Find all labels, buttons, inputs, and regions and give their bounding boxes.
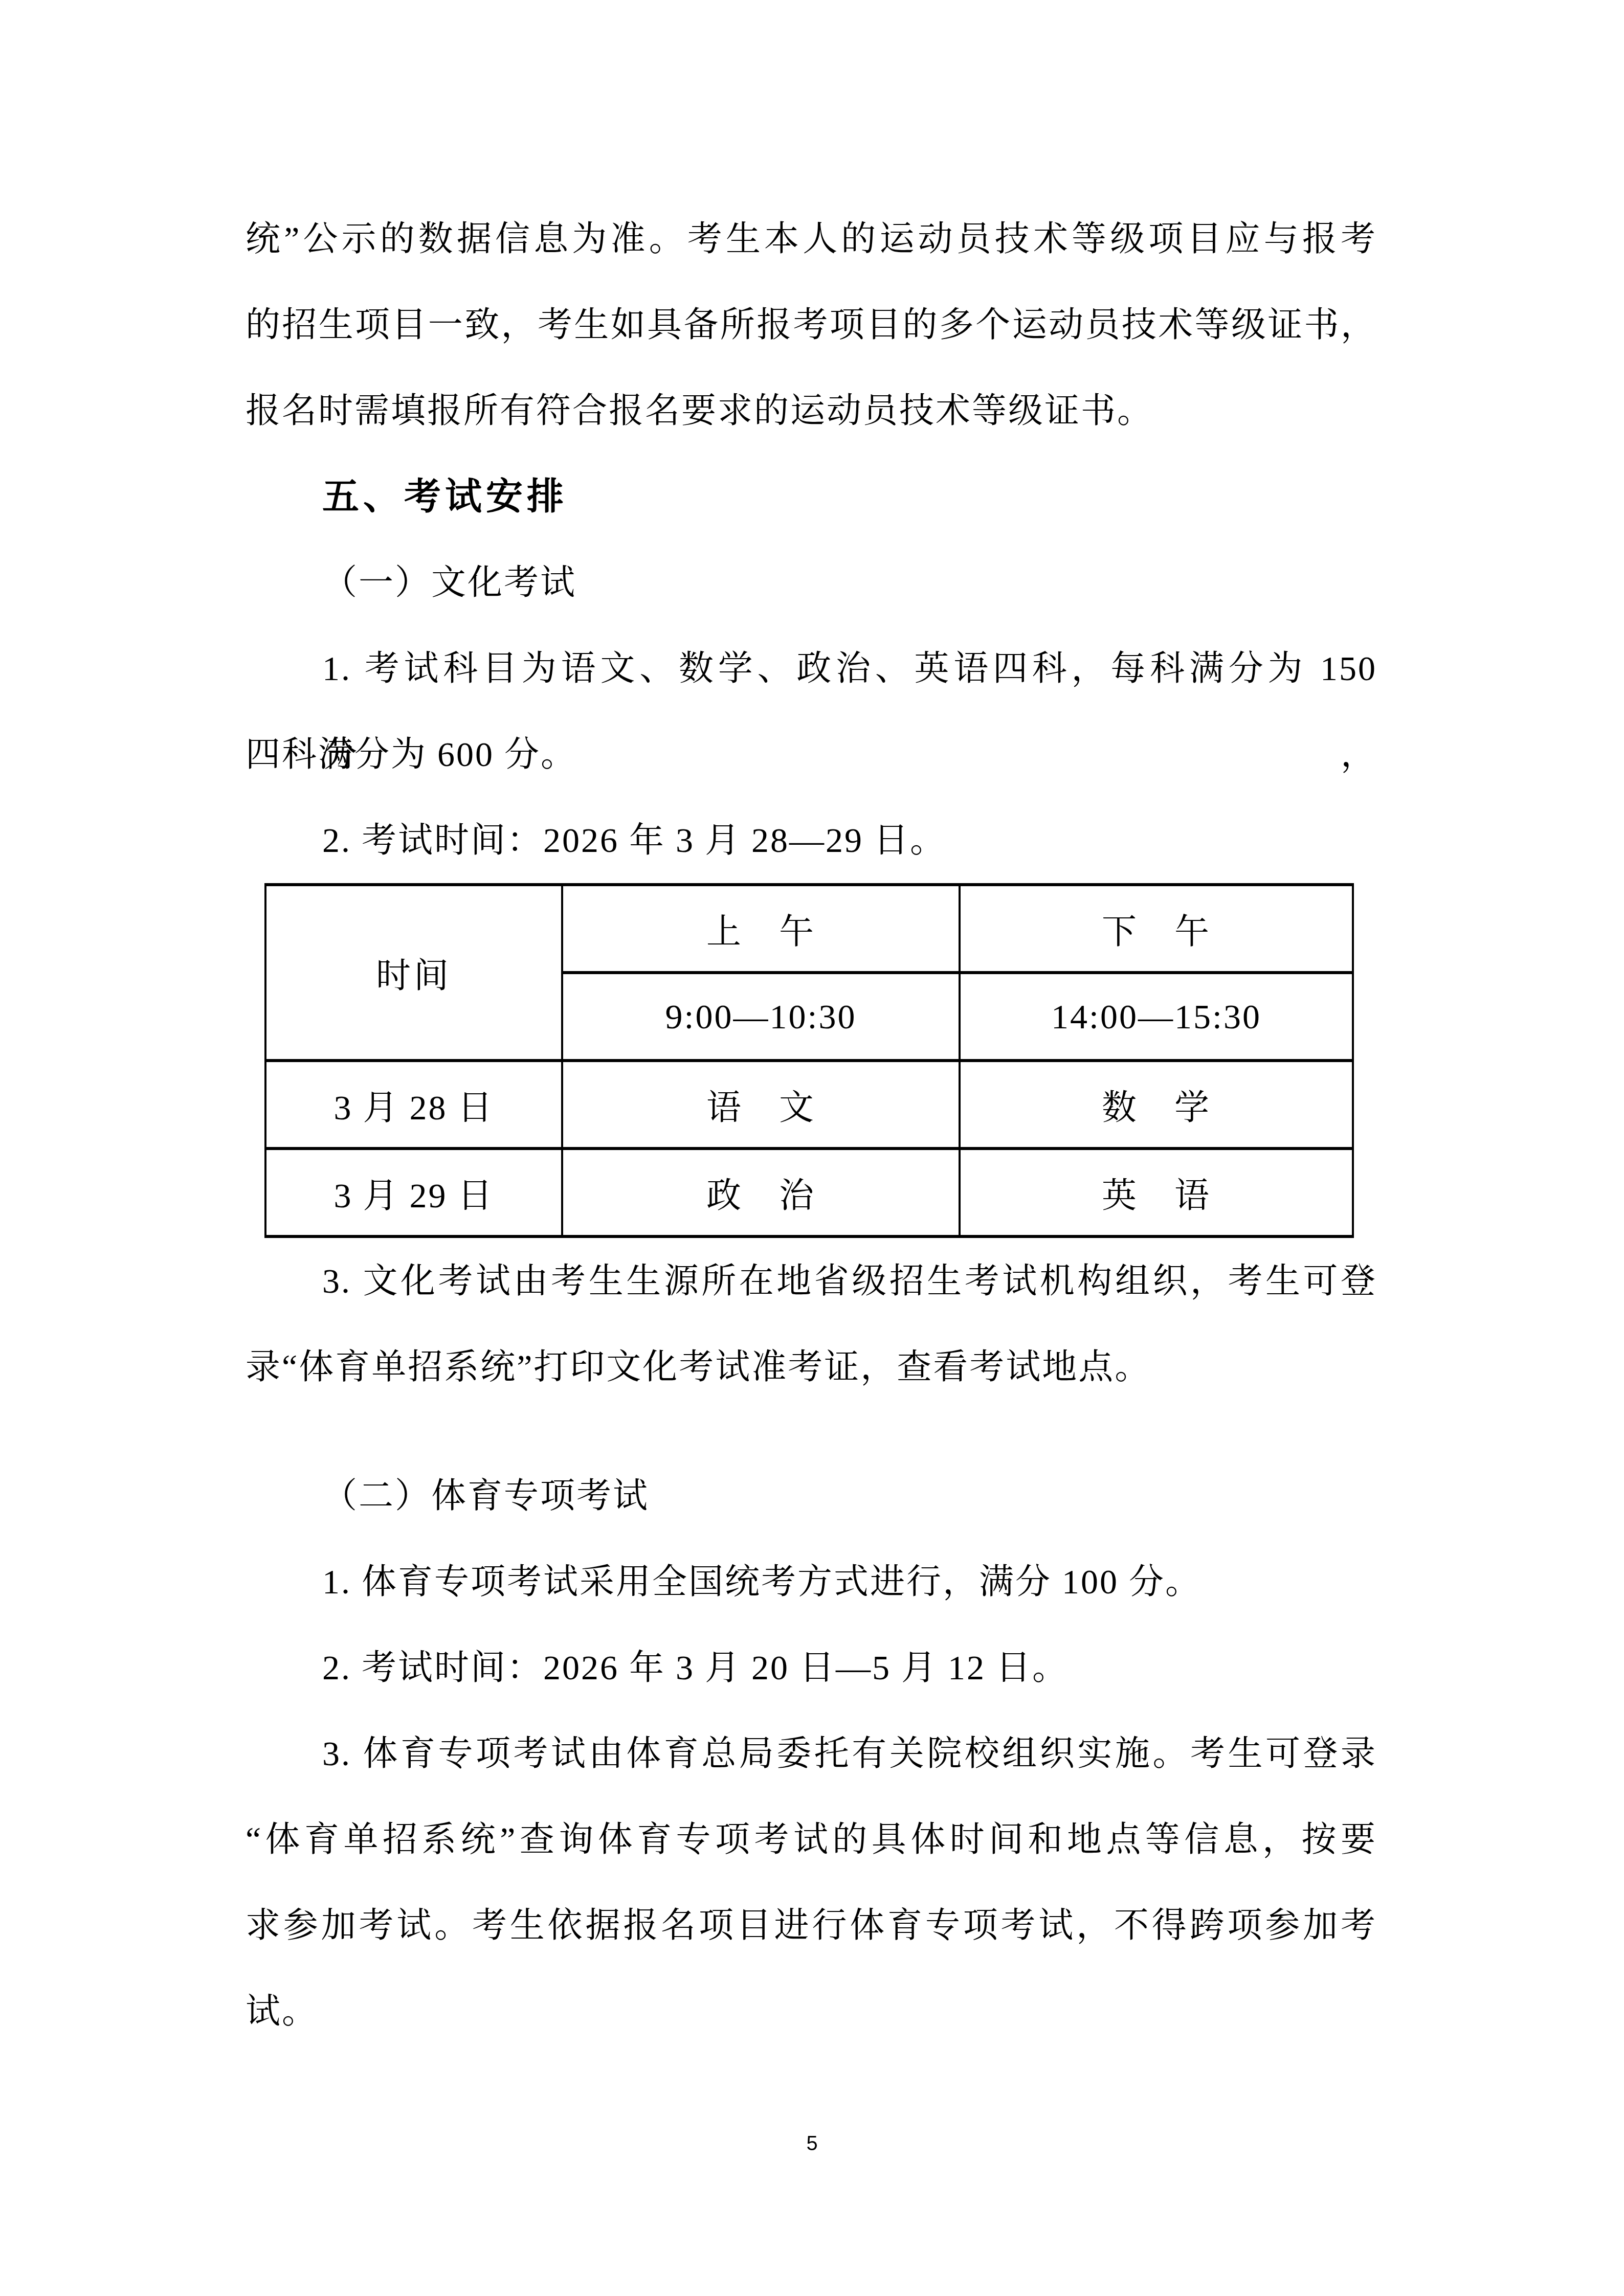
exam-schedule-table: 时间上 午下 午9:00—10:3014:00—15:303 月 28 日语 文… bbox=[264, 883, 1354, 1238]
cell-date: 3 月 29 日 bbox=[265, 1149, 562, 1236]
table-header-row-period: 时间上 午下 午 bbox=[265, 885, 1353, 973]
cell-date: 3 月 28 日 bbox=[265, 1061, 562, 1149]
table-row: 3 月 28 日语 文数 学 bbox=[265, 1061, 1353, 1149]
text-line: （二）体育专项考试 bbox=[246, 1453, 1377, 1539]
header-cell-time: 时间 bbox=[265, 885, 562, 1061]
text-line: 录“体育单招系统”打印文化考试准考证，查看考试地点。 bbox=[246, 1324, 1377, 1410]
text-line: 统”公示的数据信息为准。考生本人的运动员技术等级项目应与报考 bbox=[246, 196, 1377, 282]
page-number: 5 bbox=[0, 2132, 1624, 2155]
header-cell-afternoon: 下 午 bbox=[960, 885, 1353, 973]
text-line: （一）文化考试 bbox=[246, 539, 1377, 625]
text-line: 报名时需填报所有符合报名要求的运动员技术等级证书。 bbox=[246, 368, 1377, 454]
header-cell-afternoon-time: 14:00—15:30 bbox=[960, 973, 1353, 1061]
document-body: 统”公示的数据信息为准。考生本人的运动员技术等级项目应与报考的招生项目一致，考生… bbox=[246, 196, 1377, 2054]
text-line: 的招生项目一致，考生如具备所报考项目的多个运动员技术等级证书， bbox=[246, 282, 1377, 368]
cell-morning-subject: 语 文 bbox=[562, 1061, 960, 1149]
text-line: 3. 文化考试由考生生源所在地省级招生考试机构组织，考生可登 bbox=[246, 1238, 1377, 1324]
text-line: 3. 体育专项考试由体育总局委托有关院校组织实施。考生可登录 bbox=[246, 1710, 1377, 1796]
text-line: 求参加考试。考生依据报名项目进行体育专项考试，不得跨项参加考 bbox=[246, 1882, 1377, 1968]
document-page: 统”公示的数据信息为准。考生本人的运动员技术等级项目应与报考的招生项目一致，考生… bbox=[0, 0, 1624, 2296]
text-line: 2. 考试时间：2026 年 3 月 28—29 日。 bbox=[246, 797, 1377, 883]
header-cell-morning-time: 9:00—10:30 bbox=[562, 973, 960, 1061]
cell-morning-subject: 政 治 bbox=[562, 1149, 960, 1236]
section-heading: 五、考试安排 bbox=[246, 454, 1377, 539]
text-line: 1. 考试科目为语文、数学、政治、英语四科，每科满分为 150 分， bbox=[246, 625, 1377, 711]
text-line: “体育单招系统”查询体育专项考试的具体时间和地点等信息，按要 bbox=[246, 1796, 1377, 1882]
text-line: 2. 考试时间：2026 年 3 月 20 日—5 月 12 日。 bbox=[246, 1625, 1377, 1710]
cell-afternoon-subject: 数 学 bbox=[960, 1061, 1353, 1149]
cell-afternoon-subject: 英 语 bbox=[960, 1149, 1353, 1236]
text-line: 试。 bbox=[246, 1968, 1377, 2054]
text-line: 1. 体育专项考试采用全国统考方式进行，满分 100 分。 bbox=[246, 1539, 1377, 1625]
table-row: 3 月 29 日政 治英 语 bbox=[265, 1149, 1353, 1236]
header-cell-morning: 上 午 bbox=[562, 885, 960, 973]
